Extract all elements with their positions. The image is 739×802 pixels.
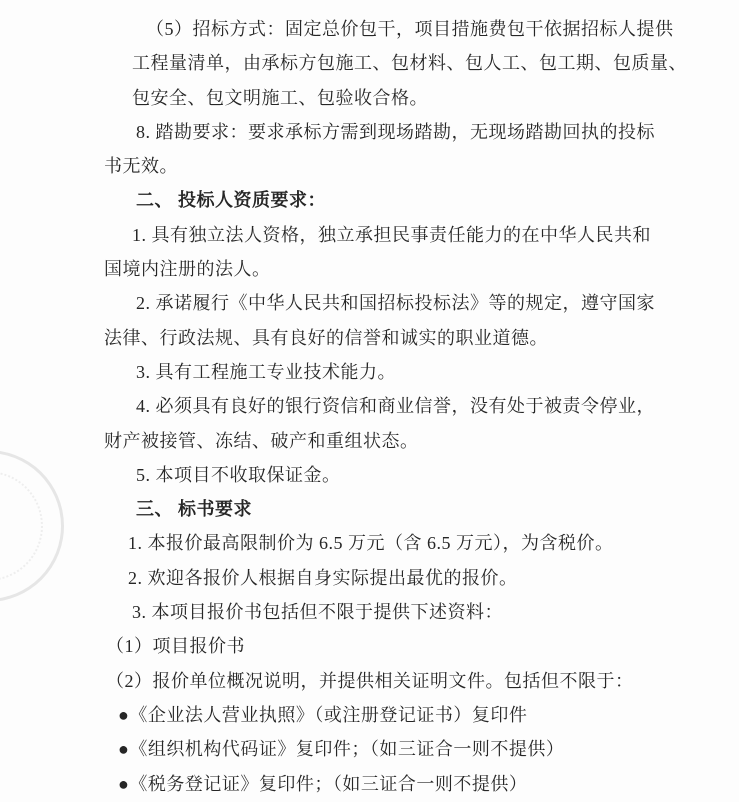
text-line: ●《企业法人营业执照》（或注册登记证书）复印件: [104, 698, 657, 732]
section-heading-line: 二、 投标人资质要求：: [104, 183, 657, 217]
section-heading-line: 三、 标书要求: [104, 492, 657, 526]
text-line: 1. 具有独立法人资格，独立承担民事责任能力的在中华人民共和: [104, 218, 657, 252]
text-line: 工程量清单，由承标方包施工、包材料、包人工、包工期、包质量、: [104, 46, 657, 80]
text-line: 2. 承诺履行《中华人民共和国招标投标法》等的规定，遵守国家: [104, 286, 657, 320]
text-line: （5）招标方式：固定总价包干，项目措施费包干依据招标人提供: [104, 12, 657, 46]
text-line: 财产被接管、冻结、破产和重组状态。: [104, 424, 657, 458]
text-line: ●《组织机构代码证》复印件；（如三证合一则不提供）: [104, 732, 657, 766]
text-line: 2. 欢迎各报价人根据自身实际提出最优的报价。: [104, 561, 657, 595]
text-line: （2）报价单位概况说明，并提供相关证明文件。包括但不限于：: [104, 664, 657, 698]
text-line: 3. 具有工程施工专业技术能力。: [104, 355, 657, 389]
text-line: （1）项目报价书: [104, 629, 657, 663]
text-line: 包安全、包文明施工、包验收合格。: [104, 81, 657, 115]
text-line: 4. 必须具有良好的银行资信和商业信誉，没有处于被责令停业，: [104, 389, 657, 423]
text-line: 法律、行政法规、具有良好的信誉和诚实的职业道德。: [104, 321, 657, 355]
document-body: （5）招标方式：固定总价包干，项目措施费包干依据招标人提供工程量清单，由承标方包…: [104, 0, 657, 801]
text-line: 书无效。: [104, 149, 657, 183]
text-line: 8. 踏勘要求：要求承标方需到现场踏勘，无现场踏勘回执的投标: [104, 115, 657, 149]
document-page: （5）招标方式：固定总价包干，项目措施费包干依据招标人提供工程量清单，由承标方包…: [0, 0, 739, 802]
text-line: 国境内注册的法人。: [104, 252, 657, 286]
text-line: ●《税务登记证》复印件；（如三证合一则不提供）: [104, 767, 657, 801]
faded-seal-stamp: [0, 436, 78, 616]
text-line: 3. 本项目报价书包括但不限于提供下述资料：: [104, 595, 657, 629]
text-line: 5. 本项目不收取保证金。: [104, 458, 657, 492]
text-line: 1. 本报价最高限制价为 6.5 万元（含 6.5 万元），为含税价。: [104, 526, 657, 560]
